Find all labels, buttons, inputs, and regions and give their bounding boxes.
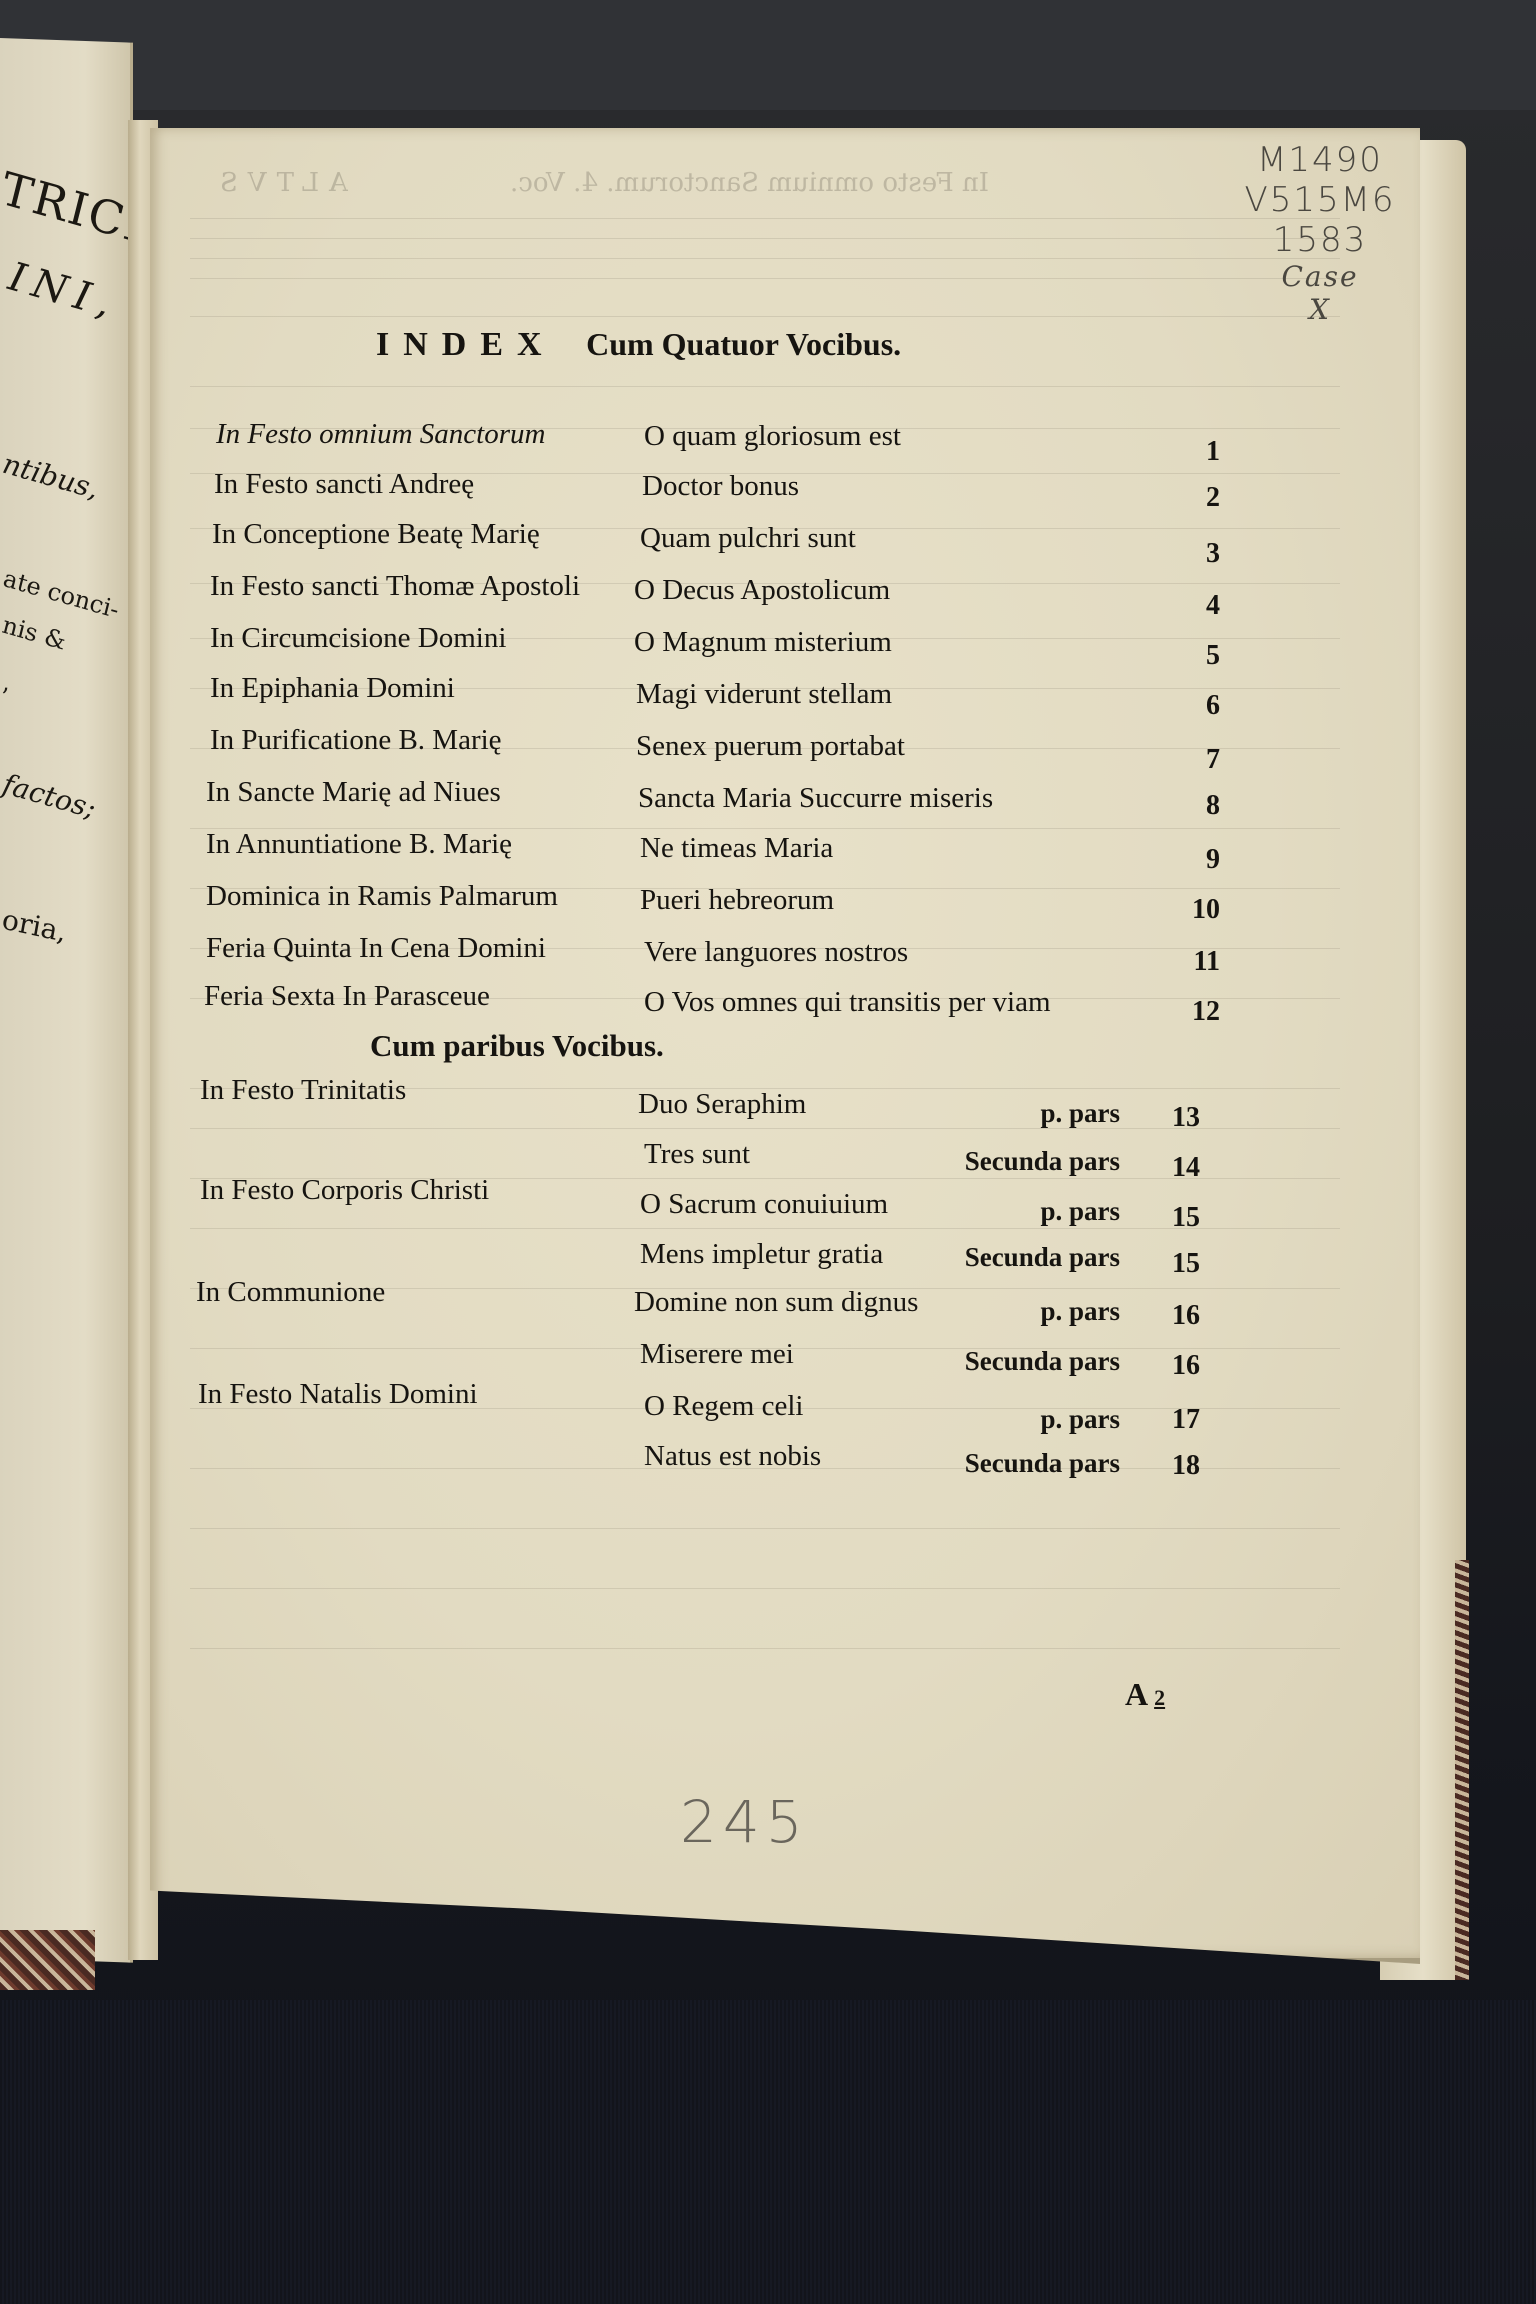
call-number-line: M1490: [1240, 140, 1400, 180]
index-entry: In Festo Corporis Christi: [200, 1174, 489, 1207]
equal-voices-heading: Cum paribus Vocibus.: [370, 1028, 664, 1064]
page-number: 1: [1150, 436, 1220, 468]
bleed-through-running-head: In Festo omnium Sanctorum. 4. Voc.: [510, 168, 989, 198]
index-entry: In Festo Natalis Domini: [198, 1378, 478, 1411]
page-number: 6: [1150, 690, 1220, 722]
index-entry: Dominica in Ramis Palmarum: [206, 880, 558, 913]
page-number: 13: [1130, 1102, 1200, 1134]
feast-name: In Annuntiatione B. Marię: [206, 828, 512, 860]
feast-name: In Festo sancti Andreę: [214, 468, 474, 500]
call-number-line: 1583: [1240, 220, 1400, 260]
bleed-through-staff-line: [190, 1528, 1340, 1529]
index-entry: Mens impletur gratia: [640, 1238, 883, 1271]
index-entry: Feria Quinta In Cena Domini: [206, 932, 546, 965]
feast-name: In Festo Natalis Domini: [198, 1378, 478, 1410]
bleed-through-staff-line: [190, 1588, 1340, 1589]
index-entry: Domine non sum dignus: [634, 1286, 918, 1319]
feast-name: In Festo Trinitatis: [200, 1074, 406, 1106]
page-number: 2: [1150, 482, 1220, 514]
page-number: 16: [1130, 1350, 1200, 1382]
index-entry: O Decus Apostolicum: [634, 574, 890, 607]
left-page-fragment: TRICI INI, ntibus, ate conci- nis & , fa…: [0, 37, 133, 1962]
index-entry: Senex puerum portabat: [636, 730, 905, 763]
pars-label: p. pars: [910, 1196, 1120, 1227]
page-number: 17: [1130, 1404, 1200, 1436]
feast-name: In Festo omnium Sanctorum: [216, 418, 545, 450]
page-number: 10: [1150, 894, 1220, 926]
page-number: 7: [1150, 744, 1220, 776]
index-entry: O Regem celi: [644, 1390, 803, 1423]
signature-mark: A2: [1125, 1676, 1165, 1713]
left-fragment-text: ntibus,: [0, 447, 102, 506]
motet-title: O Regem celi: [644, 1390, 803, 1422]
feast-name: In Sancte Marię ad Niues: [206, 776, 501, 808]
feast-name: In Circumcisione Domini: [210, 622, 506, 654]
index-entry: In Sancte Marię ad Niues: [206, 776, 501, 809]
left-fragment-text: ,: [2, 668, 10, 696]
index-entry: In Annuntiatione B. Marię: [206, 828, 512, 861]
motet-title: Senex puerum portabat: [636, 730, 905, 762]
bleed-through-voice-part: ALTVS: [210, 168, 348, 198]
pencil-call-number: M1490 V515M6 1583 Case X: [1240, 140, 1400, 326]
index-entry: In Festo sancti Thomæ Apostoli: [210, 570, 580, 603]
index-entry: Miserere mei: [640, 1338, 794, 1371]
pars-label: Secunda pars: [910, 1242, 1120, 1273]
pars-label: p. pars: [910, 1098, 1120, 1129]
index-entry: In Circumcisione Domini: [210, 622, 506, 655]
page-number: 5: [1150, 640, 1220, 672]
motet-title: Quam pulchri sunt: [640, 522, 856, 554]
index-entry: O Vos omnes qui transitis per viam: [644, 986, 1051, 1019]
feast-name: In Festo sancti Thomæ Apostoli: [210, 570, 580, 602]
bleed-through-staff-line: [190, 238, 1340, 239]
index-entry: O Sacrum conuiuium: [640, 1188, 888, 1221]
pars-label: p. pars: [910, 1296, 1120, 1327]
case-label: X: [1240, 293, 1400, 326]
marbled-endpaper: [0, 1930, 95, 1990]
feast-name: In Festo Corporis Christi: [200, 1174, 489, 1206]
bleed-through-staff-line: [190, 1648, 1340, 1649]
motet-title: Vere languores nostros: [644, 936, 908, 968]
pars-label: Secunda pars: [910, 1448, 1120, 1479]
motet-title: O Vos omnes qui transitis per viam: [644, 986, 1051, 1018]
pars-label: Secunda pars: [910, 1146, 1120, 1177]
bleed-through-staff-line: [190, 218, 1340, 219]
motet-title: O Magnum misterium: [634, 626, 892, 658]
page-number: 16: [1130, 1300, 1200, 1332]
motet-title: Duo Seraphim: [638, 1088, 806, 1120]
left-fragment-text: nis &: [0, 611, 69, 656]
index-entry: Vere languores nostros: [644, 936, 908, 969]
page-number: 3: [1150, 538, 1220, 570]
page-number: 14: [1130, 1152, 1200, 1184]
left-fragment-text: oria,: [0, 903, 69, 949]
motet-title: Tres sunt: [644, 1138, 750, 1170]
motet-title: Mens impletur gratia: [640, 1238, 883, 1270]
motet-title: O Sacrum conuiuium: [640, 1188, 888, 1220]
motet-title: O Decus Apostolicum: [634, 574, 890, 606]
call-number-line: V515M6: [1240, 180, 1400, 220]
feast-name: In Communione: [196, 1276, 385, 1308]
index-entry: Ne timeas Maria: [640, 832, 833, 865]
bleed-through-staff-line: [190, 258, 1340, 259]
bleed-through-staff-line: [190, 278, 1340, 279]
shelf-background: [0, 0, 1536, 110]
pars-label: p. pars: [910, 1404, 1120, 1435]
motet-title: Magi viderunt stellam: [636, 678, 892, 710]
page-number: 12: [1150, 996, 1220, 1028]
page-number: 15: [1130, 1248, 1200, 1280]
case-label: Case: [1240, 260, 1400, 293]
index-entry: In Conceptione Beatę Marię: [212, 518, 540, 551]
motet-title: Sancta Maria Succurre miseris: [638, 782, 993, 814]
feast-name: Dominica in Ramis Palmarum: [206, 880, 558, 912]
bleed-through-staff-line: [190, 386, 1340, 387]
four-voices-subtitle: Cum Quatuor Vocibus.: [586, 326, 901, 362]
feast-name: Feria Sexta In Parasceue: [204, 980, 490, 1012]
motet-title: O quam gloriosum est: [644, 420, 901, 452]
index-entry: In Festo Trinitatis: [200, 1074, 406, 1107]
motet-title: Miserere mei: [640, 1338, 794, 1370]
bleed-through-staff-line: [190, 316, 1340, 317]
marbled-endpaper: [1455, 1560, 1469, 1980]
left-fragment-text: TRICI: [0, 161, 133, 253]
index-entry: In Communione: [196, 1276, 385, 1309]
page-number: 18: [1130, 1450, 1200, 1482]
motet-title: Ne timeas Maria: [640, 832, 833, 864]
index-entry: Tres sunt: [644, 1138, 750, 1171]
page-number: 9: [1150, 844, 1220, 876]
index-entry: Feria Sexta In Parasceue: [204, 980, 490, 1013]
index-entry: In Epiphania Domini: [210, 672, 455, 705]
motet-title: Natus est nobis: [644, 1440, 821, 1472]
index-page: ALTVS In Festo omnium Sanctorum. 4. Voc.…: [150, 128, 1420, 1964]
index-entry: In Festo sancti Andreę: [214, 468, 474, 501]
pencil-folio-number: 245: [680, 1788, 809, 1856]
page-number: 15: [1130, 1202, 1200, 1234]
index-entry: O quam gloriosum est: [644, 420, 901, 453]
motet-title: Doctor bonus: [642, 470, 799, 502]
page-number: 11: [1150, 946, 1220, 978]
index-entry: In Purificatione B. Marię: [210, 724, 502, 757]
index-entry: Pueri hebreorum: [640, 884, 834, 917]
page-title: INDEX Cum Quatuor Vocibus.: [376, 326, 901, 364]
index-entry: O Magnum misterium: [634, 626, 892, 659]
motet-title: Pueri hebreorum: [640, 884, 834, 916]
feast-name: In Epiphania Domini: [210, 672, 455, 704]
cloth-background: [0, 2000, 1536, 2304]
feast-name: Feria Quinta In Cena Domini: [206, 932, 546, 964]
pars-label: Secunda pars: [910, 1346, 1120, 1377]
signature-letter: A: [1125, 1676, 1148, 1712]
index-entry: Magi viderunt stellam: [636, 678, 892, 711]
feast-name: In Conceptione Beatę Marię: [212, 518, 540, 550]
signature-number: 2: [1154, 1685, 1165, 1710]
feast-name: In Purificatione B. Marię: [210, 724, 502, 756]
page-number: 4: [1150, 590, 1220, 622]
index-entry: Natus est nobis: [644, 1440, 821, 1473]
index-entry: Duo Seraphim: [638, 1088, 806, 1121]
left-fragment-text: factos;: [0, 767, 99, 825]
index-heading: INDEX: [376, 326, 556, 363]
index-entry: Doctor bonus: [642, 470, 799, 503]
index-entry: Quam pulchri sunt: [640, 522, 856, 555]
index-entry: Sancta Maria Succurre miseris: [638, 782, 993, 815]
motet-title: Domine non sum dignus: [634, 1286, 918, 1318]
page-number: 8: [1150, 790, 1220, 822]
left-fragment-text: INI,: [4, 254, 123, 329]
index-entry: In Festo omnium Sanctorum: [216, 418, 545, 451]
